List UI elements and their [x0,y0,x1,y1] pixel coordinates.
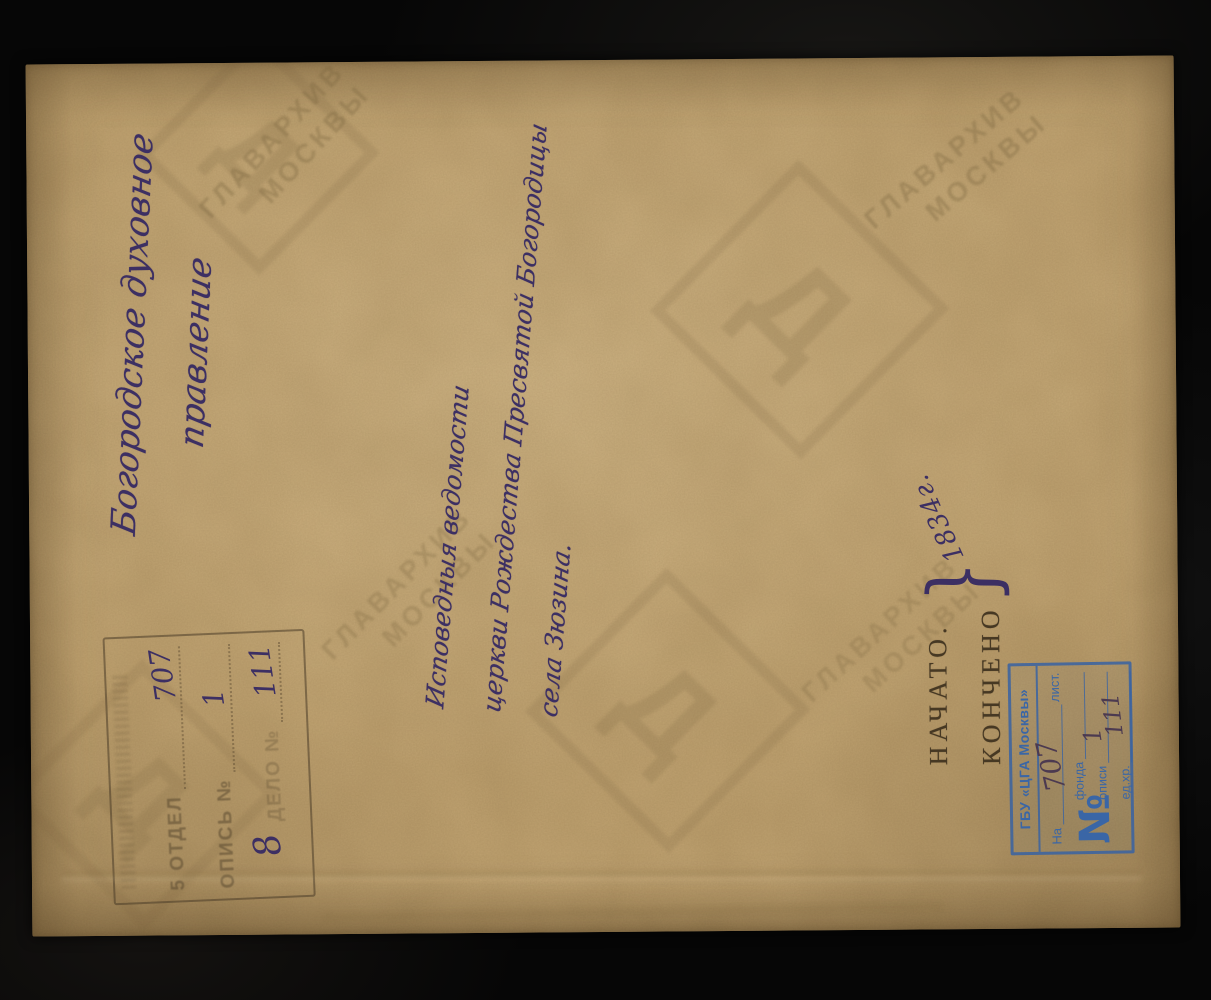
unit-label: ед.хр. [1118,765,1133,799]
opis-label: описи [1095,766,1110,800]
scan-background: Д Д Д Д ГЛАВАРХИВ МОСКВЫ ГЛАВАРХИВ МОСКВ… [0,0,1211,1000]
archive-stamp-blue: ГБУ «ЦГА Москвы» На лист. № фонда [1007,661,1134,855]
year-inscription: 1834г. [905,469,971,567]
watermark-line: МОСКВЫ [888,80,1084,254]
stamp-fields: На лист. № фонда описи [1038,664,1134,852]
logo-letter: Д [718,227,882,391]
dates-block: НАЧАТО. КОНЧЕНО } 1834г. [909,529,1019,766]
opis-value-old: 1 [196,687,231,709]
delo-line: 111 [248,642,283,724]
dept-row: 5 ОТДЕЛ 707 [130,646,190,892]
opis-row-old: ОПИСЬ № 1 [180,644,240,890]
dept-value: 707 [142,647,182,705]
dept-line: 707 [148,646,186,790]
sheet-count-value: 8 [246,830,291,861]
opis-label-old: ОПИСЬ № [214,778,241,889]
glavarkhiv-logo-icon: Д [650,160,950,460]
started-label: НАЧАТО. [911,606,965,766]
logo-letter: Д [590,633,745,789]
case-title: Исповедныя ведомости церкви Рождества Пр… [406,187,619,719]
issuer-inscription: Богородское духовное правление [92,133,260,539]
glavarkhiv-watermark: ГЛАВАРХИВ МОСКВЫ [827,56,1084,288]
brace-mark: } [913,560,1015,604]
archive-stamp-old: 5 ОТДЕЛ 707 ОПИСЬ № 1 8 ДЕЛО № 111 [102,629,315,905]
fond-line [1070,672,1086,759]
fond-label: фонда [1072,762,1087,801]
na-label: На [1049,828,1064,845]
list-label: лист. [1047,672,1062,702]
delo-label: ДЕЛО № [262,728,288,822]
number-symbol: № [1072,799,1134,844]
watermark-line: ГЛАВАРХИВ [827,56,1062,263]
delo-row: 8 ДЕЛО № 111 [230,642,290,888]
document-cover: Д Д Д Д ГЛАВАРХИВ МОСКВЫ ГЛАВАРХИВ МОСКВ… [26,56,1181,937]
date-labels: НАЧАТО. КОНЧЕНО [911,605,1018,765]
dept-label: 5 ОТДЕЛ [164,795,190,891]
paper-crease [322,900,942,923]
delo-value: 111 [242,643,282,701]
unit-value: 111 [1098,691,1129,738]
opis-line-old: 1 [198,644,235,773]
